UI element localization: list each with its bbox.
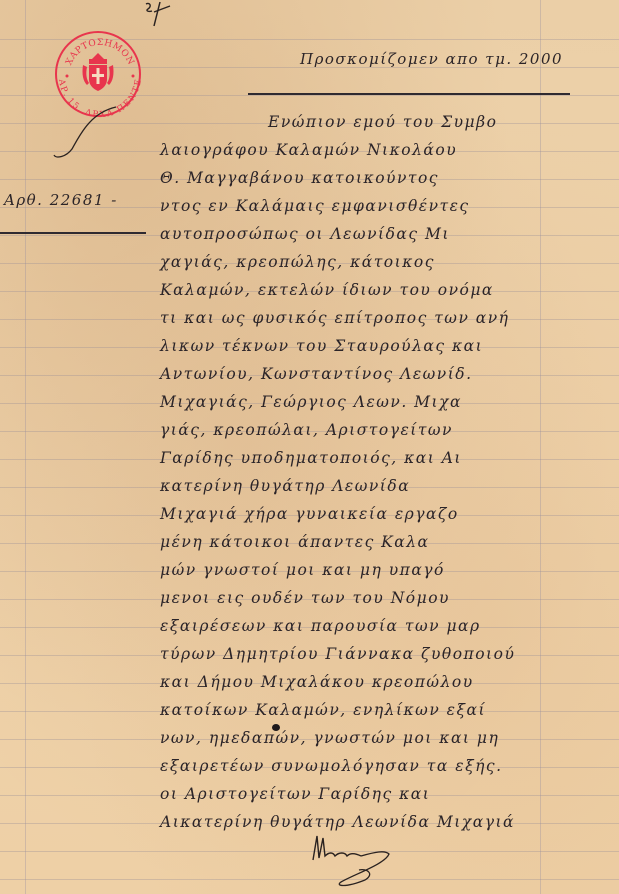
body-line: μών γνωστοί μοι και μη υπαγό — [160, 556, 445, 584]
body-line: νων, ημεδαπών, γνωστών μοι και μη — [160, 724, 499, 752]
body-line: Μιχαγιά χήρα γυναικεία εργαζο — [160, 500, 459, 528]
body-line: Ενώπιον εμού του Συμβο — [268, 108, 497, 136]
crest-emblem-icon — [79, 51, 117, 95]
body-line: λαιογράφου Καλαμών Νικολάου — [160, 136, 457, 164]
body-line: Μιχαγιάς, Γεώργιος Λεων. Μιχα — [160, 388, 462, 416]
body-line: Καλαμών, εκτελών ίδιων του ονόμα — [160, 276, 494, 304]
right-margin-line — [540, 0, 541, 894]
body-line: ντος εν Καλάμαις εμφανισθέντες — [160, 192, 470, 220]
body-line: κατοίκων Καλαμών, ενηλίκων εξαί — [160, 696, 486, 724]
body-line: Θ. Μαγγαβάνου κατοικούντος — [160, 164, 439, 192]
signature — [305, 830, 425, 894]
body-line: τύρων Δημητρίου Γιάννακα ζυθοποιού — [160, 640, 515, 668]
body-line: οι Αριστογείτων Γαρίδης και — [160, 780, 430, 808]
registry-number: Αρθ. 22681 - — [4, 191, 118, 209]
body-line: τι και ως φυσικός επίτροπος των ανή — [160, 304, 509, 332]
body-line: χαγιάς, κρεοπώλης, κάτοικος — [160, 248, 435, 276]
body-line: αυτοπροσώπως οι Λεωνίδας Μι — [160, 220, 450, 248]
body-line: εξαιρέσεων και παρουσία των μαρ — [160, 612, 481, 640]
body-line: μένη κάτοικοι άπαντες Καλα — [160, 528, 430, 556]
header-underline — [248, 93, 570, 95]
page-mark — [140, 0, 180, 34]
body-line: γιάς, κρεοπώλαι, Αριστογείτων — [160, 416, 453, 444]
ink-blot — [272, 724, 280, 731]
body-line: Γαρίδης υποδηματοποιός, και Αι — [160, 444, 462, 472]
margin-underline — [0, 232, 146, 234]
body-line: κατερίνη θυγάτηρ Λεωνίδα — [160, 472, 410, 500]
body-line: Αντωνίου, Κωνσταντίνος Λεωνίδ. — [160, 360, 473, 388]
header-amount-line: Προσκομίζομεν απο τμ. 2000 — [300, 50, 563, 68]
body-line: μενοι εις ουδέν των του Νόμου — [160, 584, 450, 612]
left-margin-line — [25, 0, 26, 894]
flourish-stroke — [50, 105, 130, 169]
body-line: και Δήμου Μιχαλάκου κρεοπώλου — [160, 668, 474, 696]
body-line: λικων τέκνων του Σταυρούλας και — [160, 332, 483, 360]
body-line: εξαιρετέων συνωμολόγησαν τα εξής. — [160, 752, 503, 780]
